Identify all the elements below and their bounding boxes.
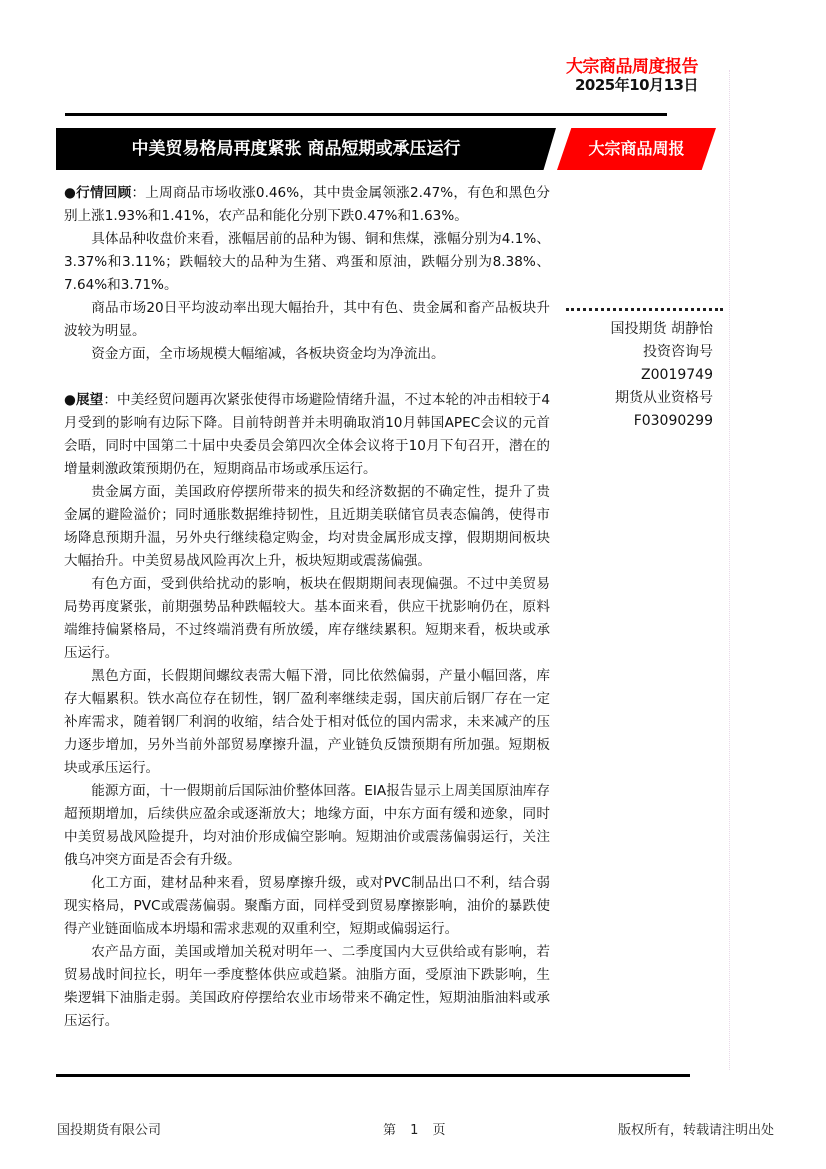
review-paragraph-1: ●行情回顾：上周商品市场收涨0.46%，其中贵金属领涨2.47%，有色和黑色分别…	[64, 182, 550, 228]
outlook-heading: 展望	[76, 392, 103, 408]
report-date: 2025年10月13日	[575, 74, 698, 95]
top-divider	[65, 113, 667, 116]
footer-page-number: 第 1 页	[383, 1119, 446, 1138]
outlook-ferrous: 黑色方面，长假期间螺纹表需大幅下滑，同比依然偏弱，产量小幅回落，库存大幅累积。铁…	[64, 665, 550, 780]
outlook-nonferrous: 有色方面，受到供给扰动的影响，板块在假期期间表现偏强。不过中美贸易局势再度紧张，…	[64, 573, 550, 665]
review-heading: 行情回顾	[76, 185, 131, 201]
consult-number: Z0019749	[611, 364, 713, 387]
review-paragraph-2: 具体品种收盘价来看，涨幅居前的品种为锡、铜和焦煤，涨幅分别为4.1%、3.37%…	[64, 228, 550, 297]
outlook-summary: 中美经贸问题再次紧张使得市场避险情绪升温，不过本轮的冲击相较于4月受到的影响有边…	[64, 392, 550, 477]
consult-label: 投资咨询号	[611, 341, 713, 364]
review-paragraph-3: 商品市场20日平均波动率出现大幅抬升，其中有色、贵金属和畜产品板块升波较为明显。	[64, 297, 550, 343]
outlook-agriculture: 农产品方面，美国或增加关税对明年一、二季度国内大豆供给或有影响，若贸易战时间拉长…	[64, 941, 550, 1033]
bottom-divider	[56, 1074, 690, 1077]
author-divider	[566, 308, 723, 311]
report-body: ●行情回顾：上周商品市场收涨0.46%，其中贵金属领涨2.47%，有色和黑色分别…	[64, 182, 550, 1033]
footer-company: 国投期货有限公司	[57, 1119, 161, 1138]
bullet-icon: ●	[64, 185, 76, 201]
report-tag-label: 大宗商品周报	[557, 128, 716, 170]
outlook-chemicals: 化工方面，建材品种来看，贸易摩擦升级，或对PVC制品出口不利，结合弱现实格局，P…	[64, 872, 550, 941]
outlook-precious-metals: 贵金属方面，美国政府停摆所带来的损失和经济数据的不确定性，提升了贵金属的避险溢价…	[64, 481, 550, 573]
license-label: 期货从业资格号	[611, 387, 713, 410]
headline-title: 中美贸易格局再度紧张 商品短期或承压运行	[56, 128, 536, 170]
author-info: 国投期货 胡静怡 投资咨询号 Z0019749 期货从业资格号 F0309029…	[611, 318, 713, 433]
outlook-paragraph-1: ●展望：中美经贸问题再次紧张使得市场避险情绪升温，不过本轮的冲击相较于4月受到的…	[64, 389, 550, 481]
author-name: 国投期货 胡静怡	[611, 318, 713, 341]
margin-guide-line	[729, 70, 730, 1070]
license-number: F03090299	[611, 410, 713, 433]
outlook-energy: 能源方面，十一假期前后国际油价整体回落。EIA报告显示上周美国原油库存超预期增加…	[64, 780, 550, 872]
review-paragraph-4: 资金方面，全市场规模大幅缩减，各板块资金均为净流出。	[64, 343, 550, 366]
footer-copyright: 版权所有，转载请注明出处	[618, 1119, 774, 1138]
bullet-icon: ●	[64, 392, 76, 408]
